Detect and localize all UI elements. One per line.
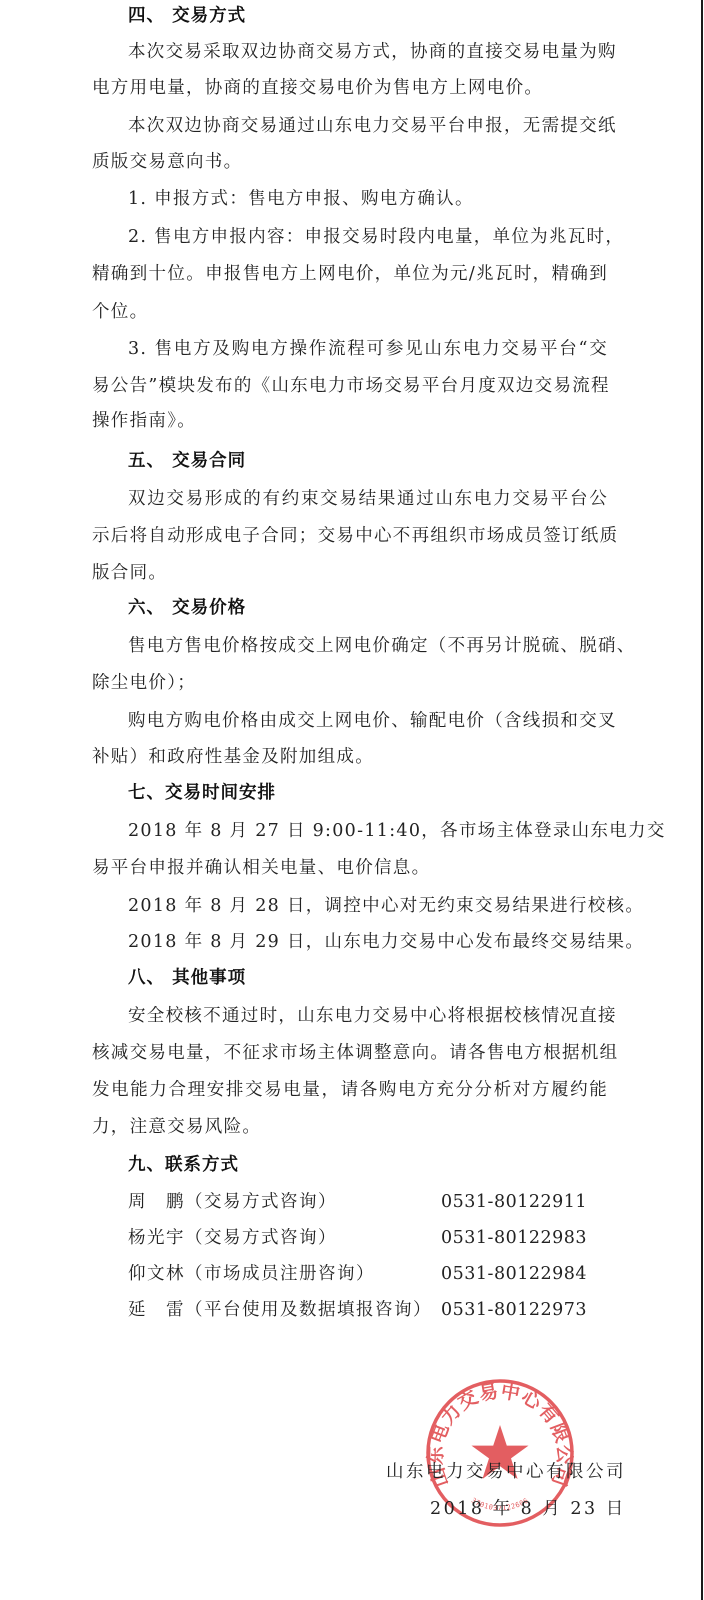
paragraph-line: 购电方购电价格由成交上网电价、输配电价（含线损和交叉 [128,709,608,733]
paragraph-line: 本次交易采取双边协商交易方式，协商的直接交易电量为购 [128,40,608,64]
section-heading-7: 七、交易时间安排 [128,781,276,805]
document-page: 四、 交易方式 本次交易采取双边协商交易方式，协商的直接交易电量为购 电方用电量… [0,0,704,1600]
paragraph-line: 安全校核不通过时，山东电力交易中心将根据校核情况直接 [128,1004,608,1028]
contact-purpose: （交易方式咨询） [185,1192,337,1212]
paragraph-line: 2018 年 8 月 28 日，调控中心对无约束交易结果进行校核。 [128,894,608,918]
contact-name: 杨光宇 [128,1228,185,1248]
paragraph-line: 力，注意交易风险。 [92,1115,608,1139]
section-heading-9: 九、联系方式 [128,1153,239,1177]
paragraph-line: 精确到十位。申报售电方上网电价，单位为元/兆瓦时，精确到 [92,262,608,286]
paragraph-line: 2018 年 8 月 29 日，山东电力交易中心发布最终交易结果。 [128,930,608,954]
contact-row: 杨光宇（交易方式咨询） [128,1226,337,1250]
contact-row: 仰文林（市场成员注册咨询） [128,1262,375,1286]
paragraph-line: 操作指南》。 [92,409,608,433]
paragraph-line: 补贴）和政府性基金及附加组成。 [92,745,608,769]
paragraph-line: 版合同。 [92,561,608,585]
paragraph-line: 本次双边协商交易通过山东电力交易平台申报，无需提交纸 [128,114,608,138]
paragraph-line: 2018 年 8 月 27 日 9:00-11:40，各市场主体登录山东电力交 [128,819,608,843]
list-item-1: 1. 申报方式：售电方申报、购电方确认。 [128,187,608,211]
contact-phone: 0531-80122973 [441,1298,587,1322]
paragraph-line: 个位。 [92,300,608,324]
contact-name: 仰文林 [128,1264,185,1284]
paragraph-line: 示后将自动形成电子合同；交易中心不再组织市场成员签订纸质 [92,524,608,548]
page-edge-divider [701,0,703,1600]
list-item-2: 2. 售电方申报内容：申报交易时段内电量，单位为兆瓦时， [128,225,608,249]
paragraph-line: 易平台申报并确认相关电量、电价信息。 [92,856,608,880]
contact-purpose: （平台使用及数据填报咨询） [185,1300,432,1320]
paragraph-line: 除尘电价）； [92,671,608,695]
paragraph-line: 易公告”模块发布的《山东电力市场交易平台月度双边交易流程 [92,374,608,398]
paragraph-line: 电方用电量，协商的直接交易电价为售电方上网电价。 [92,76,608,100]
paragraph-line: 核减交易电量，不征求市场主体调整意向。请各售电方根据机组 [92,1041,608,1065]
signature-date: 2018 年 8 月 23 日 [430,1497,626,1521]
paragraph-line: 双边交易形成的有约束交易结果通过山东电力交易平台公 [128,487,608,511]
paragraph-line: 发电能力合理安排交易电量，请各购电方充分分析对方履约能 [92,1078,608,1102]
contact-row: 延 雷（平台使用及数据填报咨询） [128,1298,432,1322]
contact-name: 周 鹏 [128,1192,185,1212]
section-heading-6: 六、 交易价格 [128,596,246,620]
contact-phone: 0531-80122984 [441,1262,587,1286]
signature-organization: 山东电力交易中心有限公司 [386,1460,626,1484]
contact-purpose: （市场成员注册咨询） [185,1264,375,1284]
contact-purpose: （交易方式咨询） [185,1228,337,1248]
paragraph-line: 售电方售电价格按成交上网电价确定（不再另计脱硫、脱硝、 [128,634,608,658]
contact-name: 延 雷 [128,1300,185,1320]
paragraph-line: 质版交易意向书。 [92,150,608,174]
list-item-3: 3. 售电方及购电方操作流程可参见山东电力交易平台“交 [128,337,608,361]
section-heading-8: 八、 其他事项 [128,966,246,990]
section-heading-4: 四、 交易方式 [128,4,246,28]
contact-row: 周 鹏（交易方式咨询） [128,1190,337,1214]
contact-phone: 0531-80122983 [441,1226,587,1250]
contact-phone: 0531-80122911 [441,1190,587,1214]
section-heading-5: 五、 交易合同 [128,449,246,473]
